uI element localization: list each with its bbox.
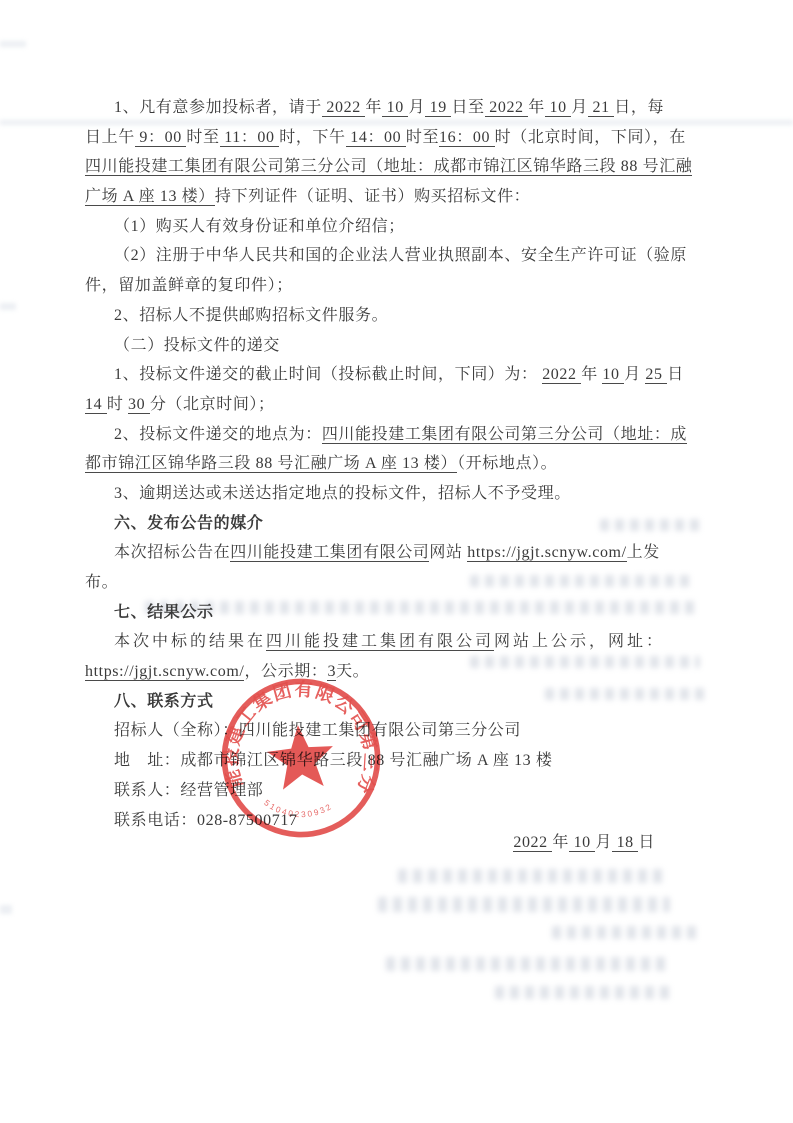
seal-number: 51040230932 xyxy=(262,798,335,821)
text-run: 1、凡有意参加投标者，请于 xyxy=(114,99,322,116)
text-run: 2、投标文件递交的地点为： xyxy=(114,426,322,443)
text-run: （开标地点）。 xyxy=(457,455,557,472)
text-run: 年 xyxy=(552,834,569,851)
text-run: 分（北京时间）； xyxy=(150,396,275,413)
text-run: （1）购买人有效身份证和单位介绍信； xyxy=(114,218,405,235)
underlined-value: 14 xyxy=(85,396,107,414)
underlined-value: 2022 xyxy=(513,834,552,852)
text-run: 六、发布公告的媒介 xyxy=(114,515,263,532)
underlined-value: 2022 xyxy=(322,99,366,117)
text-line: 1、投标文件递交的截止时间（投标截止时间，下同）为： 2022 年 10 月 2… xyxy=(85,360,735,390)
section-heading: 六、发布公告的媒介 xyxy=(85,509,735,539)
text-run: 网站上公示，网址： xyxy=(494,633,665,650)
bleed-through-artifact xyxy=(378,897,670,912)
text-run: 日上午 xyxy=(85,129,135,146)
bleed-through-artifact xyxy=(386,957,666,971)
underlined-value: 都市锦江区锦华路三段 88 号汇融广场 A 座 13 楼） xyxy=(85,455,457,473)
underlined-value: 11：00 xyxy=(220,129,280,147)
underlined-value: 四川能投建工集团有限公司 xyxy=(266,633,494,651)
text-run: 日 xyxy=(667,366,684,383)
text-line: 招标人（全称）：四川能投建工集团有限公司第三分公司 xyxy=(85,716,735,746)
underlined-value: 30 xyxy=(128,396,150,414)
text-run: 年 xyxy=(365,99,382,116)
text-line: 都市锦江区锦华路三段 88 号汇融广场 A 座 13 楼）（开标地点）。 xyxy=(85,449,735,479)
document-lines: 1、凡有意参加投标者，请于 2022 年 10 月 19 日至 2022 年 1… xyxy=(85,93,735,858)
underlined-value: 14：00 xyxy=(346,129,406,147)
text-run: 1、投标文件递交的截止时间（投标截止时间，下同）为： xyxy=(114,366,542,383)
text-line: 1、凡有意参加投标者，请于 2022 年 10 月 19 日至 2022 年 1… xyxy=(85,93,735,123)
underlined-value: 10 xyxy=(602,366,624,384)
underlined-value: 21 xyxy=(588,99,614,117)
text-run: 时至 xyxy=(406,129,439,146)
section-heading: 八、联系方式 xyxy=(85,687,735,717)
text-run: 时至 xyxy=(186,129,219,146)
text-line: 件，留加盖鲜章的复印件）； xyxy=(85,271,735,301)
text-run: 月 xyxy=(571,99,588,116)
text-line: 联系人：经营管理部 xyxy=(85,776,735,806)
text-line: （2）注册于中华人民共和国的企业法人营业执照副本、安全生产许可证（验原 xyxy=(85,241,735,271)
text-run: 月 xyxy=(624,366,645,383)
text-line: 本次中标的结果在四川能投建工集团有限公司网站上公示，网址： xyxy=(85,627,735,657)
text-run: 2、招标人不提供邮购招标文件服务。 xyxy=(114,307,388,324)
text-run: 件，留加盖鲜章的复印件）； xyxy=(85,277,293,294)
text-line: 四川能投建工集团有限公司第三分公司（地址：成都市锦江区锦华路三段 88 号汇融 xyxy=(85,152,735,182)
bleed-through-artifact xyxy=(495,986,675,999)
bleed-through-artifact xyxy=(398,869,668,883)
text-line: 地 址：成都市锦江区锦华路三段 88 号汇融广场 A 座 13 楼 xyxy=(85,746,735,776)
text-line: 本次招标公告在四川能投建工集团有限公司网站 https://jgjt.scnyw… xyxy=(85,538,735,568)
text-run: 日，每 xyxy=(614,99,664,116)
underlined-value: 25 xyxy=(645,366,667,384)
text-line: 14 时 30 分（北京时间）； xyxy=(85,390,735,420)
text-run: 日 xyxy=(638,834,655,851)
underlined-value: 10 xyxy=(382,99,408,117)
text-line: 布。 xyxy=(85,568,735,598)
text-line: 日上午 9：00 时至 11：00 时，下午 14：00 时至16：00 时（北… xyxy=(85,123,735,153)
scan-streak xyxy=(0,41,26,47)
text-line: 3、逾期送达或未送达指定地点的投标文件，招标人不予受理。 xyxy=(85,479,735,509)
text-line: 2、投标文件递交的地点为：四川能投建工集团有限公司第三分公司（地址：成 xyxy=(85,420,735,450)
text-run: 月 xyxy=(595,834,612,851)
text-run: 时（北京时间，下同），在 xyxy=(495,129,686,146)
underlined-value: 四川能投建工集团有限公司第三分公司（地址：成 xyxy=(322,426,687,444)
text-run: 3、逾期送达或未送达指定地点的投标文件，招标人不予受理。 xyxy=(114,485,571,502)
underlined-value: 9：00 xyxy=(135,129,187,147)
underlined-value: 四川能投建工集团有限公司第三分公司（地址：成都市锦江区锦华路三段 88 号汇融 xyxy=(85,158,692,176)
section-heading: 七、结果公示 xyxy=(85,598,735,628)
text-run: 日至 xyxy=(451,99,484,116)
scan-streak xyxy=(0,303,16,310)
text-run: 本次招标公告在 xyxy=(114,544,230,561)
text-run: 八、联系方式 xyxy=(114,693,214,710)
underlined-value: 18 xyxy=(612,834,638,852)
text-line: （1）购买人有效身份证和单位介绍信； xyxy=(85,212,735,242)
text-run: 上发 xyxy=(627,544,660,561)
underlined-value: 2022 xyxy=(542,366,581,384)
text-run: 时 xyxy=(107,396,128,413)
seal-number-holder: 51040230932 xyxy=(262,798,335,821)
text-run: 年 xyxy=(528,99,545,116)
scan-streak xyxy=(0,905,12,914)
underlined-value: 10 xyxy=(545,99,571,117)
official-seal: 四川能投建工集团有限公司第三分公司 51040230932 xyxy=(210,667,393,850)
text-run: 持下列证件（证明、证书）购买招标文件： xyxy=(215,188,530,205)
text-run: 布。 xyxy=(85,574,118,591)
scanned-document-page: 1、凡有意参加投标者，请于 2022 年 10 月 19 日至 2022 年 1… xyxy=(0,0,793,1123)
underlined-value: 19 xyxy=(425,99,451,117)
seal-star xyxy=(265,722,336,791)
text-run: （二）投标文件的递交 xyxy=(114,337,280,354)
text-run: 月 xyxy=(408,99,425,116)
text-run: 七、结果公示 xyxy=(114,604,214,621)
text-line: （二）投标文件的递交 xyxy=(85,331,735,361)
underlined-value: 16：00 xyxy=(439,129,495,147)
text-line: 2、招标人不提供邮购招标文件服务。 xyxy=(85,301,735,331)
bleed-through-artifact xyxy=(552,926,697,939)
text-run: 时，下午 xyxy=(279,129,345,146)
text-line: https://jgjt.scnyw.com/，公示期：3天。 xyxy=(85,657,735,687)
url-text: https://jgjt.scnyw.com/ xyxy=(467,544,626,562)
text-run: 网站 xyxy=(429,544,467,561)
text-run: （2）注册于中华人民共和国的企业法人营业执照副本、安全生产许可证（验原 xyxy=(114,247,687,264)
underlined-value: 广场 A 座 13 楼） xyxy=(85,188,215,206)
underlined-value: 10 xyxy=(569,834,595,852)
text-run: 本次中标的结果在 xyxy=(114,633,266,650)
underlined-value: 四川能投建工集团有限公司 xyxy=(230,544,429,562)
text-run: 年 xyxy=(581,366,602,383)
underlined-value: 2022 xyxy=(485,99,529,117)
text-line: 广场 A 座 13 楼）持下列证件（证明、证书）购买招标文件： xyxy=(85,182,735,212)
